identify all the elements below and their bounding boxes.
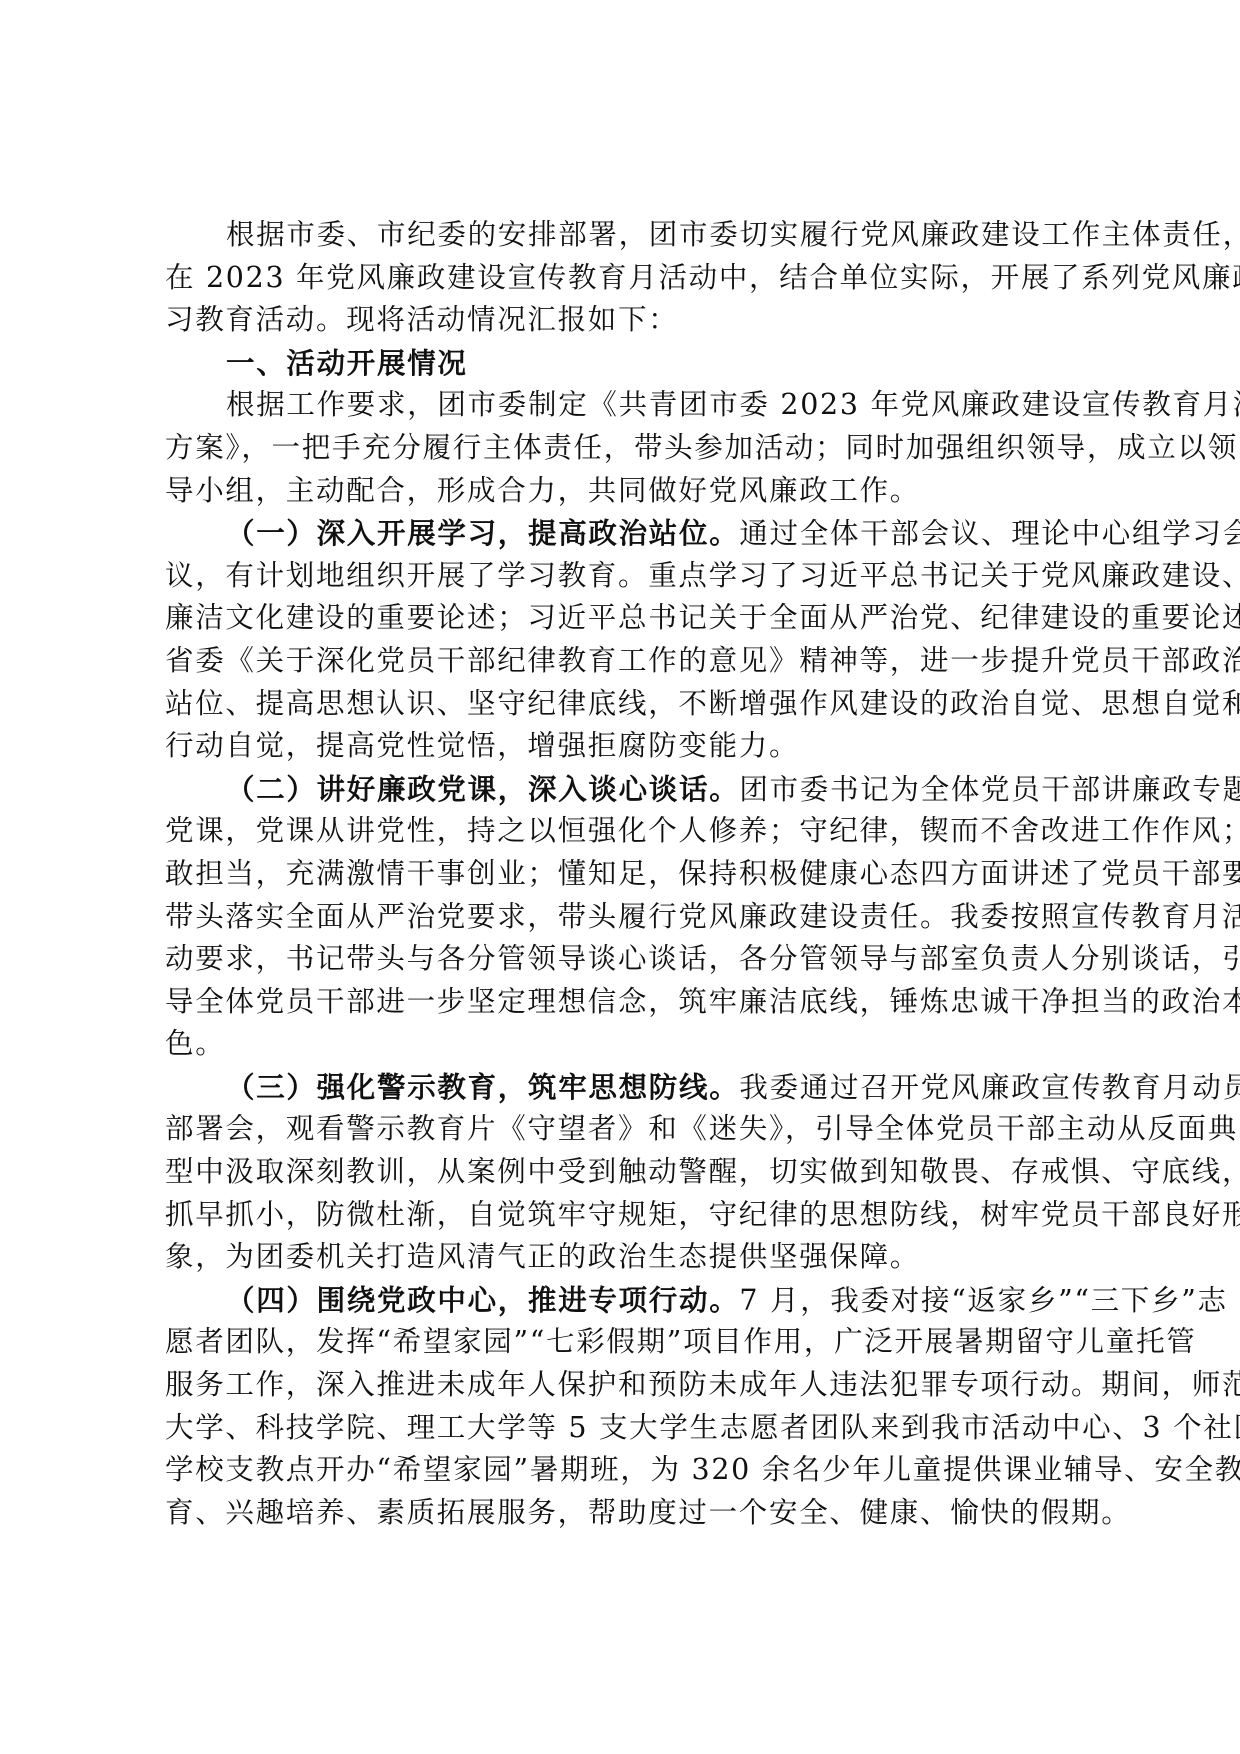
item-3-line: 抓早抓小，防微杜渐，自觉筑牢守规矩，守纪律的思想防线，树牢党员干部良好形 [165,1194,1095,1237]
item-1-line: 站位、提高思想认识、坚守纪律底线，不断增强作风建设的政治自觉、思想自觉和 [165,683,1095,726]
item-1-first-rest: 通过全体干部会议、理论中心组学习会 [739,517,1240,550]
item-4-line: 育、兴趣培养、素质拓展服务，帮助度过一个安全、健康、愉快的假期。 [165,1492,1095,1535]
item-3-first-rest: 我委通过召开党风廉政宣传教育月动员 [739,1071,1240,1104]
section1-line-1: 根据工作要求，团市委制定《共青团市委 2023 年党风廉政建设宣传教育月活动 [165,384,1095,427]
intro-paragraph: 根据市委、市纪委的安排部署，团市委切实履行党风廉政建设工作主体责任， 在 202… [165,214,1095,342]
item-2-first-line: （二）讲好廉政党课，深入谈心谈话。团市委书记为全体党员干部讲廉政专题 [165,768,1095,811]
section1-paragraph: 根据工作要求，团市委制定《共青团市委 2023 年党风廉政建设宣传教育月活动 方… [165,384,1095,512]
item-2-line: 动要求，书记带头与各分管领导谈心谈话，各分管领导与部室负责人分别谈话，引 [165,938,1095,981]
item-3-line: 型中汲取深刻教训，从案例中受到触动警醒，切实做到知敬畏、存戒惧、守底线， [165,1151,1095,1194]
item-2-line: 色。 [165,1023,1095,1066]
item-4-line: 愿者团队，发挥“希望家园”“七彩假期”项目作用，广泛开展暑期留守儿童托管 [165,1321,1095,1364]
section-heading: 一、活动开展情况 [165,342,1095,385]
item-4-line: 服务工作，深入推进未成年人保护和预防未成年人违法犯罪专项行动。期间，师范 [165,1364,1095,1407]
section1-line-2: 方案》，一把手充分履行主体责任，带头参加活动；同时加强组织领导，成立以领 [165,427,1095,470]
item-4-paragraph: （四）围绕党政中心，推进专项行动。7 月，我委对接“返家乡”“三下乡”志 愿者团… [165,1279,1095,1535]
item-1-line: 廉洁文化建设的重要论述；习近平总书记关于全面从严治党、纪律建设的重要论述； [165,597,1095,640]
item-2-paragraph: （二）讲好廉政党课，深入谈心谈话。团市委书记为全体党员干部讲廉政专题 党课，党课… [165,768,1095,1066]
item-4-line: 大学、科技学院、理工大学等 5 支大学生志愿者团队来到我市活动中心、3 个社区、 [165,1407,1095,1450]
intro-line-3: 习教育活动。现将活动情况汇报如下： [165,299,1095,342]
item-2-first-rest: 团市委书记为全体党员干部讲廉政专题 [739,773,1240,806]
item-2-title: （二）讲好廉政党课，深入谈心谈话。 [226,772,739,806]
item-1-line: 议，有计划地组织开展了学习教育。重点学习了习近平总书记关于党风廉政建设、 [165,555,1095,598]
item-2-line: 敢担当，充满激情干事创业；懂知足，保持积极健康心态四方面讲述了党员干部要 [165,853,1095,896]
intro-line-1: 根据市委、市纪委的安排部署，团市委切实履行党风廉政建设工作主体责任， [165,214,1095,257]
item-3-line: 象，为团委机关打造风清气正的政治生态提供坚强保障。 [165,1236,1095,1279]
item-2-line: 导全体党员干部进一步坚定理想信念，筑牢廉洁底线，锤炼忠诚干净担当的政治本 [165,981,1095,1024]
item-3-first-line: （三）强化警示教育，筑牢思想防线。我委通过召开党风廉政宣传教育月动员 [165,1066,1095,1109]
item-4-first-line: （四）围绕党政中心，推进专项行动。7 月，我委对接“返家乡”“三下乡”志 [165,1279,1095,1322]
item-3-title: （三）强化警示教育，筑牢思想防线。 [226,1070,739,1104]
item-3-paragraph: （三）强化警示教育，筑牢思想防线。我委通过召开党风廉政宣传教育月动员 部署会，观… [165,1066,1095,1279]
item-2-line: 带头落实全面从严治党要求，带头履行党风廉政建设责任。我委按照宣传教育月活 [165,896,1095,939]
item-2-line: 党课，党课从讲党性，持之以恒强化个人修养；守纪律，锲而不舍改进工作作风； [165,810,1095,853]
intro-line-2: 在 2023 年党风廉政建设宣传教育月活动中，结合单位实际，开展了系列党风廉政学 [165,257,1095,300]
item-1-line: 省委《关于深化党员干部纪律教育工作的意见》精神等，进一步提升党员干部政治 [165,640,1095,683]
document-page: 根据市委、市纪委的安排部署，团市委切实履行党风廉政建设工作主体责任， 在 202… [165,214,1095,1534]
section1-line-3: 导小组，主动配合，形成合力，共同做好党风廉政工作。 [165,470,1095,513]
item-4-title: （四）围绕党政中心，推进专项行动。 [226,1283,739,1317]
item-4-first-rest: 7 月，我委对接“返家乡”“三下乡”志 [739,1284,1227,1317]
item-1-first-line: （一）深入开展学习，提高政治站位。通过全体干部会议、理论中心组学习会 [165,512,1095,555]
item-4-line: 学校支教点开办“希望家园”暑期班，为 320 余名少年儿童提供课业辅导、安全教 [165,1449,1095,1492]
item-1-paragraph: （一）深入开展学习，提高政治站位。通过全体干部会议、理论中心组学习会 议，有计划… [165,512,1095,768]
item-1-line: 行动自觉，提高党性觉悟，增强拒腐防变能力。 [165,725,1095,768]
item-1-title: （一）深入开展学习，提高政治站位。 [226,516,739,550]
item-3-line: 部署会，观看警示教育片《守望者》和《迷失》，引导全体党员干部主动从反面典 [165,1108,1095,1151]
